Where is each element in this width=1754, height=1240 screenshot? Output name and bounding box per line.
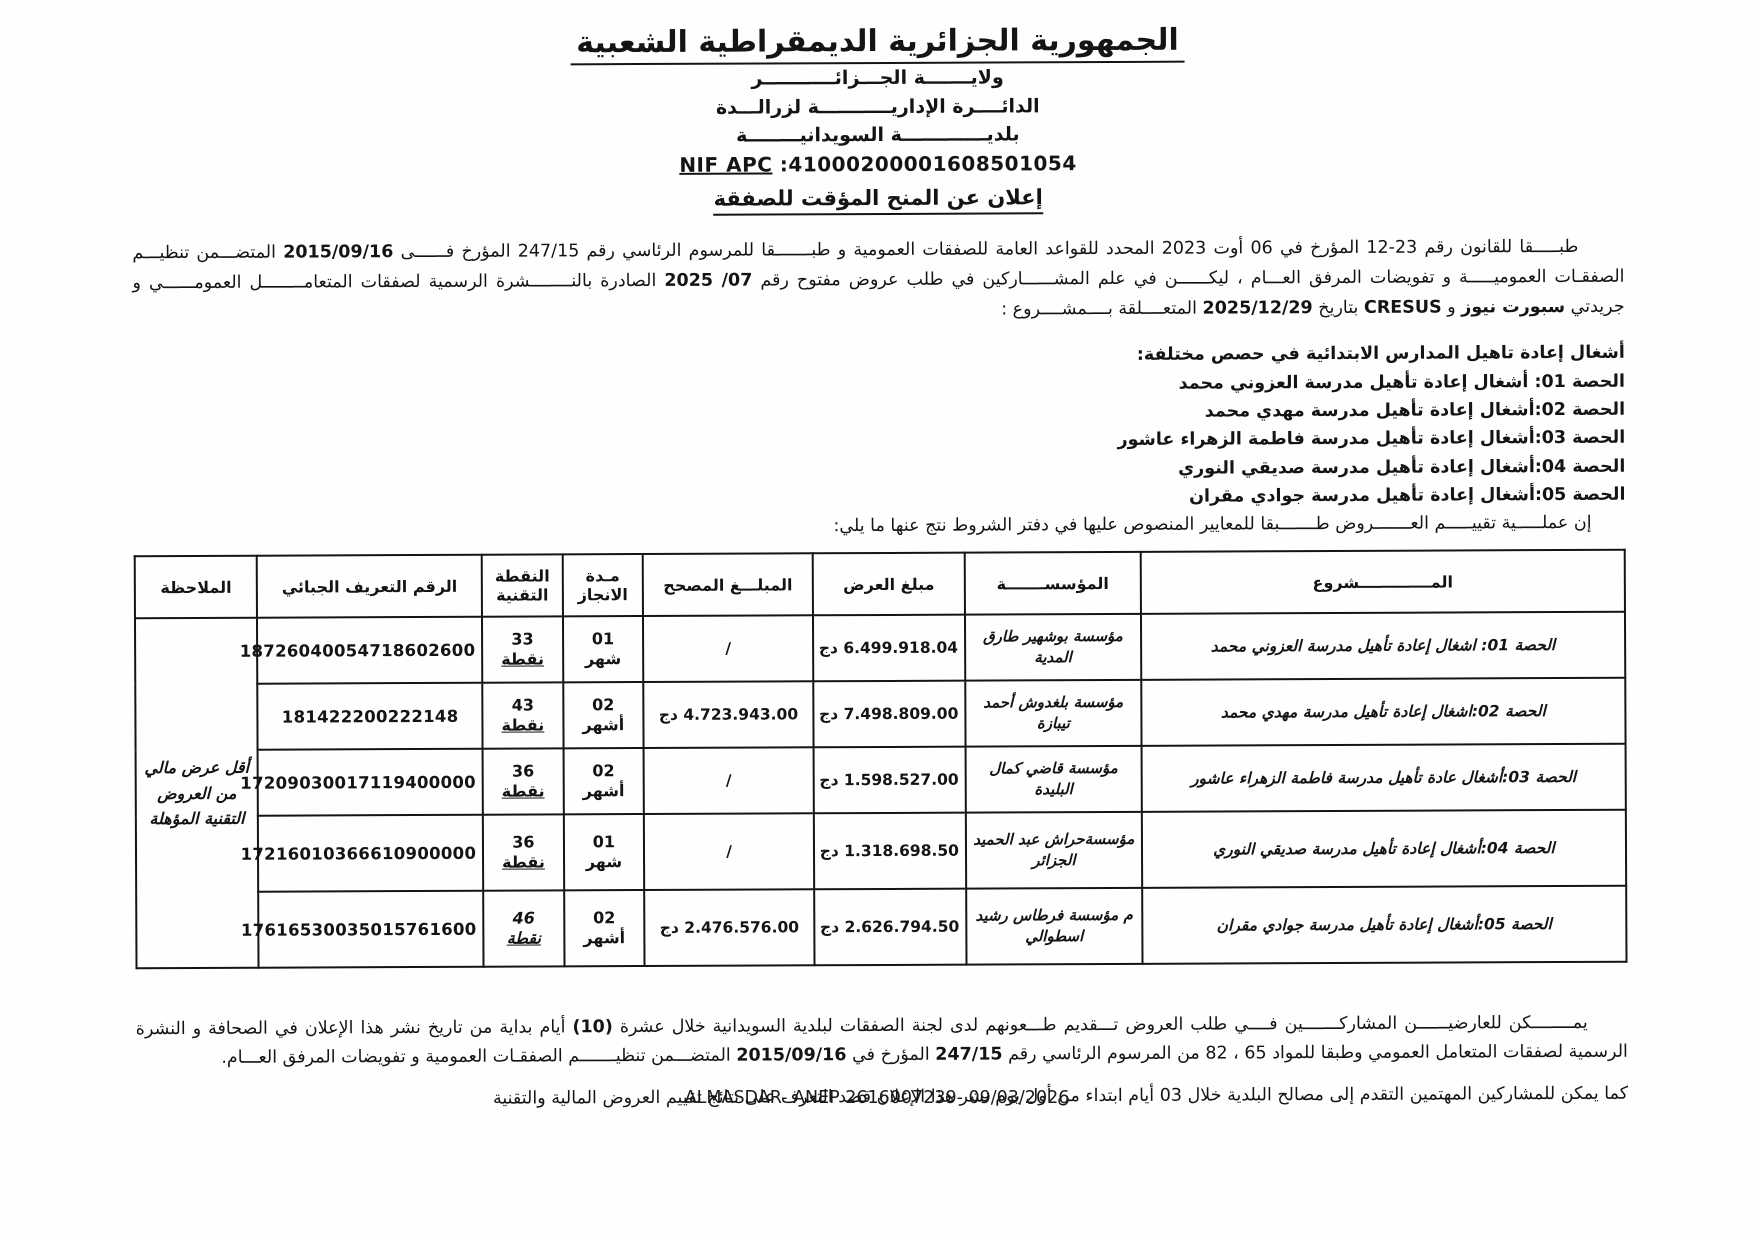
- duration-value: 02: [570, 695, 637, 716]
- table-row: الحصة 05:أشغال إعادة تأهيل مدرسة جوادي م…: [136, 886, 1626, 969]
- header-note: الملاحظة: [135, 556, 257, 619]
- cell-fiscal-id: 17216010366610900000: [258, 815, 483, 892]
- score-value: 43: [490, 695, 557, 716]
- cell-bid-amount: 1.598.527.00 دج: [814, 747, 966, 814]
- nif-line: NIF APC :41000200001608501054: [132, 148, 1624, 179]
- score-value: 33: [489, 629, 556, 650]
- nif-value: :41000200001608501054: [780, 151, 1077, 176]
- duration-value: 01: [570, 629, 637, 650]
- cell-enterprise: مؤسسة بلغدوش أحمد تيبازة: [965, 680, 1141, 747]
- cell-corrected-amount: /: [643, 616, 813, 683]
- duration-unit: أشهر: [570, 781, 637, 802]
- cell-project: الحصة 02:اشغال إعادة تأهيل مدرسة مهدي مح…: [1141, 678, 1626, 746]
- table-header-row: المـــــــــــــشروع المؤسســـــــة مبلغ…: [135, 550, 1625, 619]
- cell-fiscal-id: 17616530035015761600: [258, 891, 483, 968]
- duration-unit: أشهر: [571, 928, 638, 949]
- header-duration: مـدة الانجاز: [562, 554, 643, 616]
- cell-duration: 02 أشهر: [563, 748, 644, 814]
- cell-duration: 02 أشهر: [564, 890, 645, 966]
- duration-unit: شهر: [570, 649, 637, 670]
- cell-score: 43 نقطة: [482, 683, 563, 749]
- cell-project: الحصة 05:أشغال إعادة تأهيل مدرسة جوادي م…: [1142, 886, 1627, 964]
- cell-score: 33 نقطة: [482, 617, 563, 683]
- nif-label: NIF APC: [679, 152, 772, 176]
- cell-enterprise: مؤسسةحراش عبد الحميد الجزائر: [966, 812, 1142, 889]
- commune-line: بلديـــــــــــــة السويدانيــــــــة: [132, 118, 1624, 153]
- letterhead: الجمهورية الجزائرية الديمقراطية الشعبية …: [131, 21, 1624, 179]
- duration-value: 02: [571, 908, 638, 929]
- duration-value: 01: [571, 832, 638, 853]
- header-corrected-amount: المبلـــغ المصحح: [643, 554, 813, 617]
- document-content: الجمهورية الجزائرية الديمقراطية الشعبية …: [0, 0, 1754, 1240]
- cell-duration: 01 شهر: [564, 814, 645, 890]
- duration-value: 02: [570, 761, 637, 782]
- cell-duration: 01 شهر: [563, 616, 644, 682]
- table-row: الحصة 04:أشغال إعادة تأهيل مدرسة صديقي ا…: [136, 810, 1626, 893]
- results-table: المـــــــــــــشروع المؤسســـــــة مبلغ…: [134, 549, 1628, 970]
- republic-title: الجمهورية الجزائرية الديمقراطية الشعبية: [570, 23, 1185, 66]
- cell-fiscal-id: 17209030017119400000: [258, 749, 483, 816]
- score-value: 36: [490, 832, 557, 853]
- score-unit: نقطة: [490, 782, 557, 803]
- cell-score: 36 نقطة: [483, 815, 564, 891]
- header-bid-amount: مبلغ العرض: [813, 553, 965, 616]
- page-title: إعلان عن المنح المؤقت للصفقة: [713, 185, 1042, 215]
- table-row: الحصة 01: اشغال إعادة تأهيل مدرسة العزون…: [135, 612, 1625, 685]
- cell-enterprise: مؤسسة بوشهير طارق المدية: [965, 614, 1141, 681]
- duration-unit: شهر: [571, 852, 638, 873]
- duration-unit: أشهر: [570, 715, 637, 736]
- cell-project: الحصة 04:أشغال إعادة تأهيل مدرسة صديقي ا…: [1142, 810, 1627, 888]
- scanned-document-page: الجمهورية الجزائرية الديمقراطية الشعبية …: [0, 0, 1754, 1240]
- cell-corrected-amount: /: [644, 748, 814, 815]
- cell-fiscal-id: 181422200222148: [257, 683, 482, 750]
- anep-reference-line: ALMASDAR- ANEP 2616007239- 09/03/2026: [0, 1088, 1754, 1108]
- score-value: 46: [490, 908, 557, 929]
- cell-project: الحصة 01: اشغال إعادة تأهيل مدرسة العزون…: [1141, 612, 1626, 680]
- header-enterprise: المؤسســـــــة: [965, 552, 1141, 615]
- cell-corrected-amount: 2.476.576.00 دج: [644, 890, 814, 967]
- score-unit: نقطة: [490, 853, 557, 874]
- cell-bid-amount: 2.626.794.50 دج: [814, 889, 966, 966]
- intro-paragraph: طبـــــقا للقانون رقم 23-12 المؤرخ في 06…: [132, 231, 1624, 328]
- score-value: 36: [490, 761, 557, 782]
- cell-note-merged: أقل عرض مالي من العروض التقنية المؤهلة: [135, 618, 259, 969]
- cell-score: 36 نقطة: [483, 749, 564, 815]
- score-unit: نقطة: [489, 650, 556, 671]
- cell-duration: 02 أشهر: [563, 682, 644, 748]
- lot-line: الحصة 05:أشغال إعادة تأهيل مدرسة جوادي م…: [133, 481, 1625, 516]
- score-unit: نقطة: [491, 929, 558, 950]
- cell-fiscal-id: 18726040054718602600: [257, 617, 482, 684]
- cell-bid-amount: 6.499.918.04 دج: [813, 615, 965, 682]
- header-fiscal-id: الرقم التعريف الجبائي: [257, 555, 482, 618]
- cell-bid-amount: 7.498.809.00 دج: [813, 681, 965, 748]
- table-row: الحصة 03:أشغال عادة تأهيل مدرسة فاطمة ال…: [136, 744, 1626, 817]
- cell-project: الحصة 03:أشغال عادة تأهيل مدرسة فاطمة ال…: [1141, 744, 1626, 812]
- appeal-paragraph: يمــــــــكن للعارضيــــــن المشاركـــــ…: [136, 1009, 1628, 1072]
- cell-enterprise: مؤسسة قاضي كمال البليدة: [965, 746, 1141, 813]
- table-row: الحصة 02:اشغال إعادة تأهيل مدرسة مهدي مح…: [135, 678, 1625, 751]
- cell-enterprise: م مؤسسة فرطاس رشيد اسطوالي: [966, 888, 1142, 965]
- cell-corrected-amount: /: [644, 814, 814, 891]
- cell-bid-amount: 1.318.698.50 دج: [814, 813, 966, 890]
- header-technical-score: النقطة التقنية: [482, 555, 563, 617]
- evaluation-line: إن عملـــــية تقييـــــم العـــــــروض ط…: [134, 513, 1626, 540]
- cell-score: 46 نقطة: [483, 891, 564, 967]
- cell-corrected-amount: 4.723.943.00 دج: [643, 682, 813, 749]
- header-project: المـــــــــــــشروع: [1140, 550, 1625, 614]
- lots-list: أشغال إعادة تاهيل المدارس الابتدائية في …: [133, 339, 1626, 516]
- score-unit: نقطة: [490, 716, 557, 737]
